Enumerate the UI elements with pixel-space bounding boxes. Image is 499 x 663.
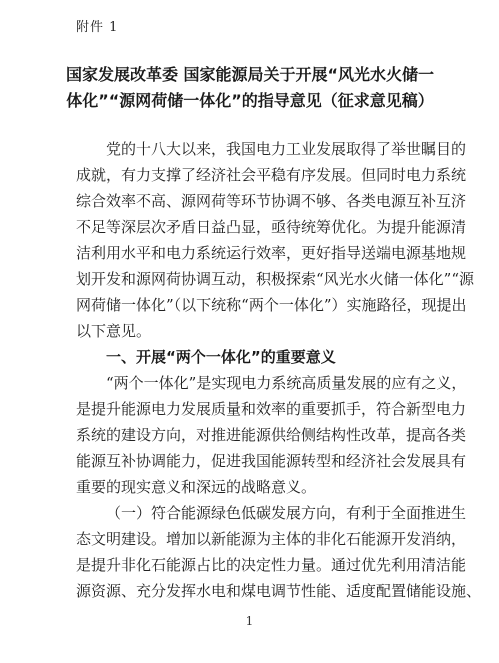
paragraph-line: 能源互补协调能力，促进我国能源转型和经济社会发展具有 (76, 451, 428, 471)
paragraph-line: （一）符合能源绿色低碳发展方向，有利于全面推进生 (106, 503, 428, 523)
paragraph-line: “两个一体化”是实现电力系统高质量发展的应有之义， (106, 373, 428, 393)
paragraph-line: 是提升非化石能源占比的决定性力量。通过优先利用清洁能 (76, 555, 428, 575)
paragraph-line: 源资源、充分发挥水电和煤电调节性能、适度配置储能设施、 (76, 581, 428, 601)
paragraph-line: 网荷储一体化”（以下统称“两个一体化”）实施路径，现提出 (76, 295, 428, 315)
title-line-2: 体化”“源网荷储一体化”的指导意见（征求意见稿） (60, 88, 440, 114)
document-title: 国家发展改革委 国家能源局关于开展“风光水火储一 体化”“源网荷储一体化”的指导… (60, 62, 440, 114)
page-number: 1 (0, 614, 499, 628)
paragraph-line: 重要的现实意义和深远的战略意义。 (76, 477, 428, 497)
attachment-label: 附件 1 (76, 16, 118, 35)
paragraph-line: 划开发和源网荷协调互动，积极探索“风光水火储一体化”“源 (76, 269, 428, 289)
paragraph-line: 以下意见。 (76, 321, 428, 341)
paragraph-line: 洁利用水平和电力系统运行效率，更好指导送端电源基地规 (76, 243, 428, 263)
paragraph-line: 态文明建设。增加以新能源为主体的非化石能源开发消纳， (76, 529, 428, 549)
title-line-1: 国家发展改革委 国家能源局关于开展“风光水火储一 (60, 62, 440, 88)
paragraph-line: 系统的建设方向，对推进能源供给侧结构性改革，提高各类 (76, 425, 428, 445)
paragraph-line: 是提升能源电力发展质量和效率的重要抓手，符合新型电力 (76, 399, 428, 419)
paragraph-line: 成就，有力支撑了经济社会平稳有序发展。但同时电力系统 (76, 165, 428, 185)
paragraph-line: 综合效率不高、源网荷等环节协调不够、各类电源互补互济 (76, 191, 428, 211)
paragraph-line: 不足等深层次矛盾日益凸显，亟待统筹优化。为提升能源清 (76, 217, 428, 237)
paragraph-line: 党的十八大以来，我国电力工业发展取得了举世瞩目的 (106, 139, 428, 159)
document-page: 附件 1 国家发展改革委 国家能源局关于开展“风光水火储一 体化”“源网荷储一体… (0, 0, 499, 663)
section-heading: 一、开展“两个一体化”的重要意义 (106, 347, 336, 367)
